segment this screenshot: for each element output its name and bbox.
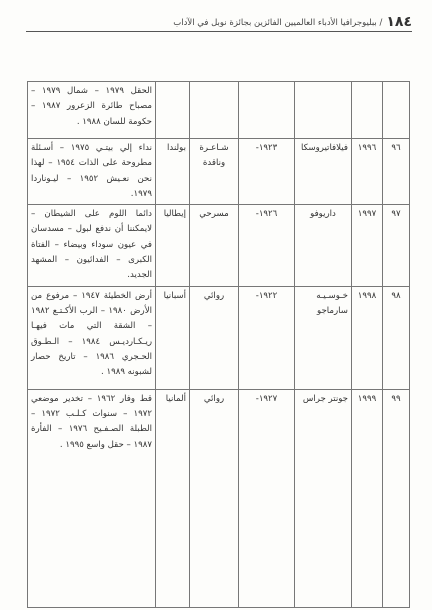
- cell-number: [383, 82, 410, 139]
- cell-works: الحقل ١٩٧٩ – شمال ١٩٧٩ – مصباح طائرة الز…: [28, 82, 156, 139]
- cell-birth: ١٩٢٣-: [239, 139, 295, 205]
- cell-name: جونتر جراس: [295, 389, 352, 607]
- cell-works: أرض الخطيئة ١٩٤٧ – مرفوع من الأرض ١٩٨٠ –…: [28, 286, 156, 389]
- cell-number: ٩٨: [383, 286, 410, 389]
- cell-birth: ١٩٢٧-: [239, 389, 295, 607]
- cell-number: ٩٩: [383, 389, 410, 607]
- laureates-table: الحقل ١٩٧٩ – شمال ١٩٧٩ – مصباح طائرة الز…: [27, 81, 410, 608]
- running-title: / ببليوجرافيا الأدباء العالميين الفائزين…: [173, 16, 382, 30]
- cell-genre: روائي: [190, 389, 239, 607]
- cell-genre: روائي: [190, 286, 239, 389]
- page-header: ١٨٤ / ببليوجرافيا الأدباء العالميين الفا…: [26, 10, 412, 32]
- table-row: ٩٨ ١٩٩٨ خـوسـيـه سارماجو ١٩٢٢- روائي أسب…: [28, 286, 410, 389]
- cell-birth: ١٩٢٢-: [239, 286, 295, 389]
- cell-name: فيلافاتيروسكا: [295, 139, 352, 205]
- cell-country: ألمانيا: [156, 389, 190, 607]
- cell-year: ١٩٩٦: [352, 139, 383, 205]
- page-number: ١٨٤: [386, 14, 412, 30]
- cell-country: [156, 82, 190, 139]
- cell-year: [352, 82, 383, 139]
- cell-name: خـوسـيـه سارماجو: [295, 286, 352, 389]
- cell-country: أسبانيا: [156, 286, 190, 389]
- cell-genre: [190, 82, 239, 139]
- cell-birth: [239, 82, 295, 139]
- cell-name: [295, 82, 352, 139]
- cell-year: ١٩٩٨: [352, 286, 383, 389]
- table-row: الحقل ١٩٧٩ – شمال ١٩٧٩ – مصباح طائرة الز…: [28, 82, 410, 139]
- cell-number: ٩٦: [383, 139, 410, 205]
- cell-country: إيطاليا: [156, 205, 190, 286]
- cell-genre: شـاعـرة وناقدة: [190, 139, 239, 205]
- cell-birth: ١٩٢٦-: [239, 205, 295, 286]
- cell-year: ١٩٩٧: [352, 205, 383, 286]
- cell-name: داريوفو: [295, 205, 352, 286]
- cell-works: نداء إلي بيتـي ١٩٧٥ – أسـئلة مطروحة على …: [28, 139, 156, 205]
- cell-country: بولندا: [156, 139, 190, 205]
- table-row: ٩٧ ١٩٩٧ داريوفو ١٩٢٦- مسرحي إيطاليا دائم…: [28, 205, 410, 286]
- cell-genre: مسرحي: [190, 205, 239, 286]
- cell-works: دائما اللوم على الشيطان – لايمكننا أن ند…: [28, 205, 156, 286]
- cell-number: ٩٧: [383, 205, 410, 286]
- cell-works: قط وفار ١٩٦٢ – تخدير موضعي ١٩٧٢ – سنوات …: [28, 389, 156, 607]
- cell-year: ١٩٩٩: [352, 389, 383, 607]
- table-row: ٩٦ ١٩٩٦ فيلافاتيروسكا ١٩٢٣- شـاعـرة وناق…: [28, 139, 410, 205]
- table-row: ٩٩ ١٩٩٩ جونتر جراس ١٩٢٧- روائي ألمانيا ق…: [28, 389, 410, 607]
